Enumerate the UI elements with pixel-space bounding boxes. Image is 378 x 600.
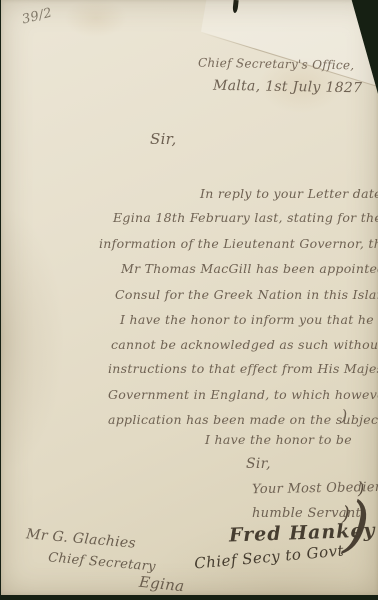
body-line-10: application has been made on the subject…: [108, 412, 378, 427]
body-line-1: In reply to your Letter dated: [200, 186, 378, 201]
archival-note: 39/2: [21, 6, 54, 28]
addressee-title: Chief Secretary: [48, 550, 157, 574]
closing-line-2: Sir,: [246, 456, 271, 472]
body-line-3: information of the Lieutenant Governor, …: [99, 236, 378, 251]
body-line-7: cannot be acknowledged as such without: [111, 337, 378, 352]
body-line-2: Egina 18th February last, stating for th…: [113, 210, 378, 225]
scanned-letter: 39/2 Chief Secretary's Office, Malta, 1s…: [0, 0, 378, 600]
body-line-5: Consul for the Greek Nation in this Isla…: [115, 287, 378, 302]
salutation: Sir,: [150, 130, 177, 148]
heading-place-date-line: Malta, 1st July 1827: [213, 78, 363, 97]
paper-fold-highlight: [201, 0, 378, 88]
signature-title: Chief Secy to Govt: [194, 541, 345, 572]
heading-office-line: Chief Secretary's Office,: [198, 56, 355, 73]
body-line-6: I have the honor to inform you that he: [120, 312, 374, 327]
body-line-4: Mr Thomas MacGill has been appointed: [121, 261, 378, 276]
addressee-name: Mr G. Glachies: [26, 526, 137, 552]
closing-line-1: I have the honor to be: [205, 432, 352, 447]
addressee-place: Egina: [138, 573, 185, 596]
letter-paper: 39/2 Chief Secretary's Office, Malta, 1s…: [1, 0, 378, 595]
flourish-mark: ): [341, 406, 348, 425]
body-line-8: instructions to that effect from His Maj…: [108, 361, 378, 376]
body-line-9: Government in England, to which however: [108, 387, 378, 402]
